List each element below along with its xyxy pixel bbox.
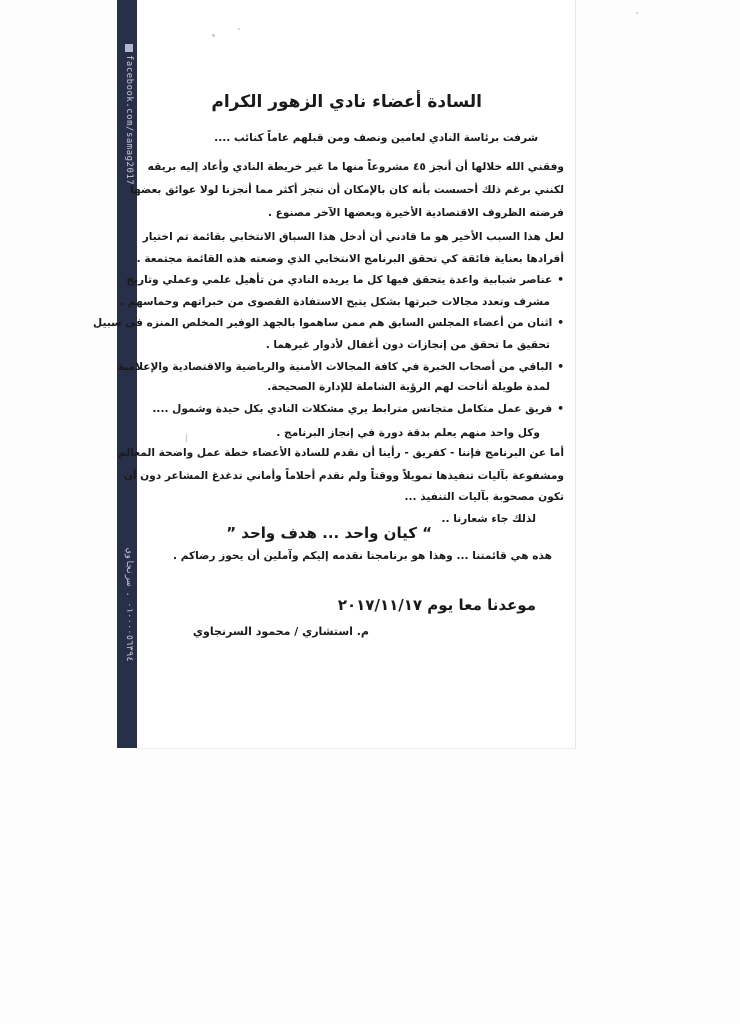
- program-line-3: تكون مصحوبة بآليات التنفيذ ...: [404, 492, 564, 503]
- bullet-3-line-2: لمدة طويلة أتاحت لهم الرؤية الشاملة للإد…: [267, 382, 550, 393]
- slogan: “ كيان واحد ... هدف واحد ”: [226, 524, 432, 542]
- spine-social-link: facebook.com/samag2017: [120, 44, 134, 185]
- program-line-1: أما عن البرنامج فإننا - كفريق - رأينا أن…: [150, 448, 564, 459]
- achievements-line-2: لكنني برغم ذلك أحسست بأنه كان بالإمكان أ…: [150, 185, 564, 196]
- slogan-intro: لذلك جاء شعارنا ..: [441, 514, 536, 525]
- scan-speck: [186, 434, 187, 442]
- bullet-1-line-2: مشرف وتعدد مجالات خبرتها بشكل يتيح الاست…: [120, 297, 550, 308]
- program-line-2: ومشفوعة بآليات تنفيذها تمويلاً ووقتاً ول…: [150, 471, 564, 482]
- facebook-icon: [125, 44, 133, 52]
- bullet-2-line-2: تحقيق ما تحقق من إنجازات دون أغفال لأدوا…: [266, 340, 550, 351]
- list-intro-line-2: أفرادها بعناية فائقة كي تحقق البرنامج ال…: [150, 254, 564, 265]
- closing-line: هذه هي قائمتنا ... وهذا هو برنامجنا نقدم…: [173, 551, 552, 562]
- bullet-4-line-2: وكل واحد منهم يعلم بدقة دورة في إنجاز ال…: [276, 428, 540, 439]
- spine-phone-number: ٠١٠٠٠٠٥٦٣٩٤ . سرنجاوي: [120, 548, 134, 662]
- scan-speck: [636, 12, 638, 14]
- list-intro-line-1: لعل هذا السبب الأخير هو ما قادني أن أدخل…: [150, 232, 564, 243]
- achievements-line-1: وفقني الله خلالها أن أنجز ٤٥ مشروعاً منه…: [150, 162, 564, 173]
- intro-paragraph: شرفت برئاسة النادي لعامين ونصف ومن قبلهم…: [214, 133, 538, 144]
- page-title: السادة أعضاء نادي الزهور الكرام: [211, 92, 482, 112]
- scan-speck: [238, 28, 240, 30]
- scan-speck: [212, 34, 215, 37]
- bullet-3-line-1: الباقي من أصحاب الخبرة في كافة المجالات …: [118, 362, 564, 373]
- election-date: موعدنا معا يوم ٢٠١٧/١١/١٧: [338, 596, 536, 614]
- signature: م. استشاري / محمود السرنجاوي: [193, 625, 369, 638]
- bullet-4-line-1: فريق عمل متكامل متجانس مترابط يري مشكلات…: [152, 404, 564, 415]
- achievements-line-3: فرضته الظروف الاقتصادية الأخيرة وبعضها ا…: [268, 208, 564, 219]
- flyer-spine-strip: facebook.com/samag2017 ٠١٠٠٠٠٥٦٣٩٤ . سرن…: [117, 0, 137, 748]
- scan-speck: [288, 552, 290, 555]
- bullet-1-line-1: عناصر شبابية واعدة يتحقق فيها كل ما يريد…: [126, 275, 564, 286]
- bullet-2-line-1: اثنان من أعضاء المجلس السابق هم ممن ساهم…: [93, 318, 564, 329]
